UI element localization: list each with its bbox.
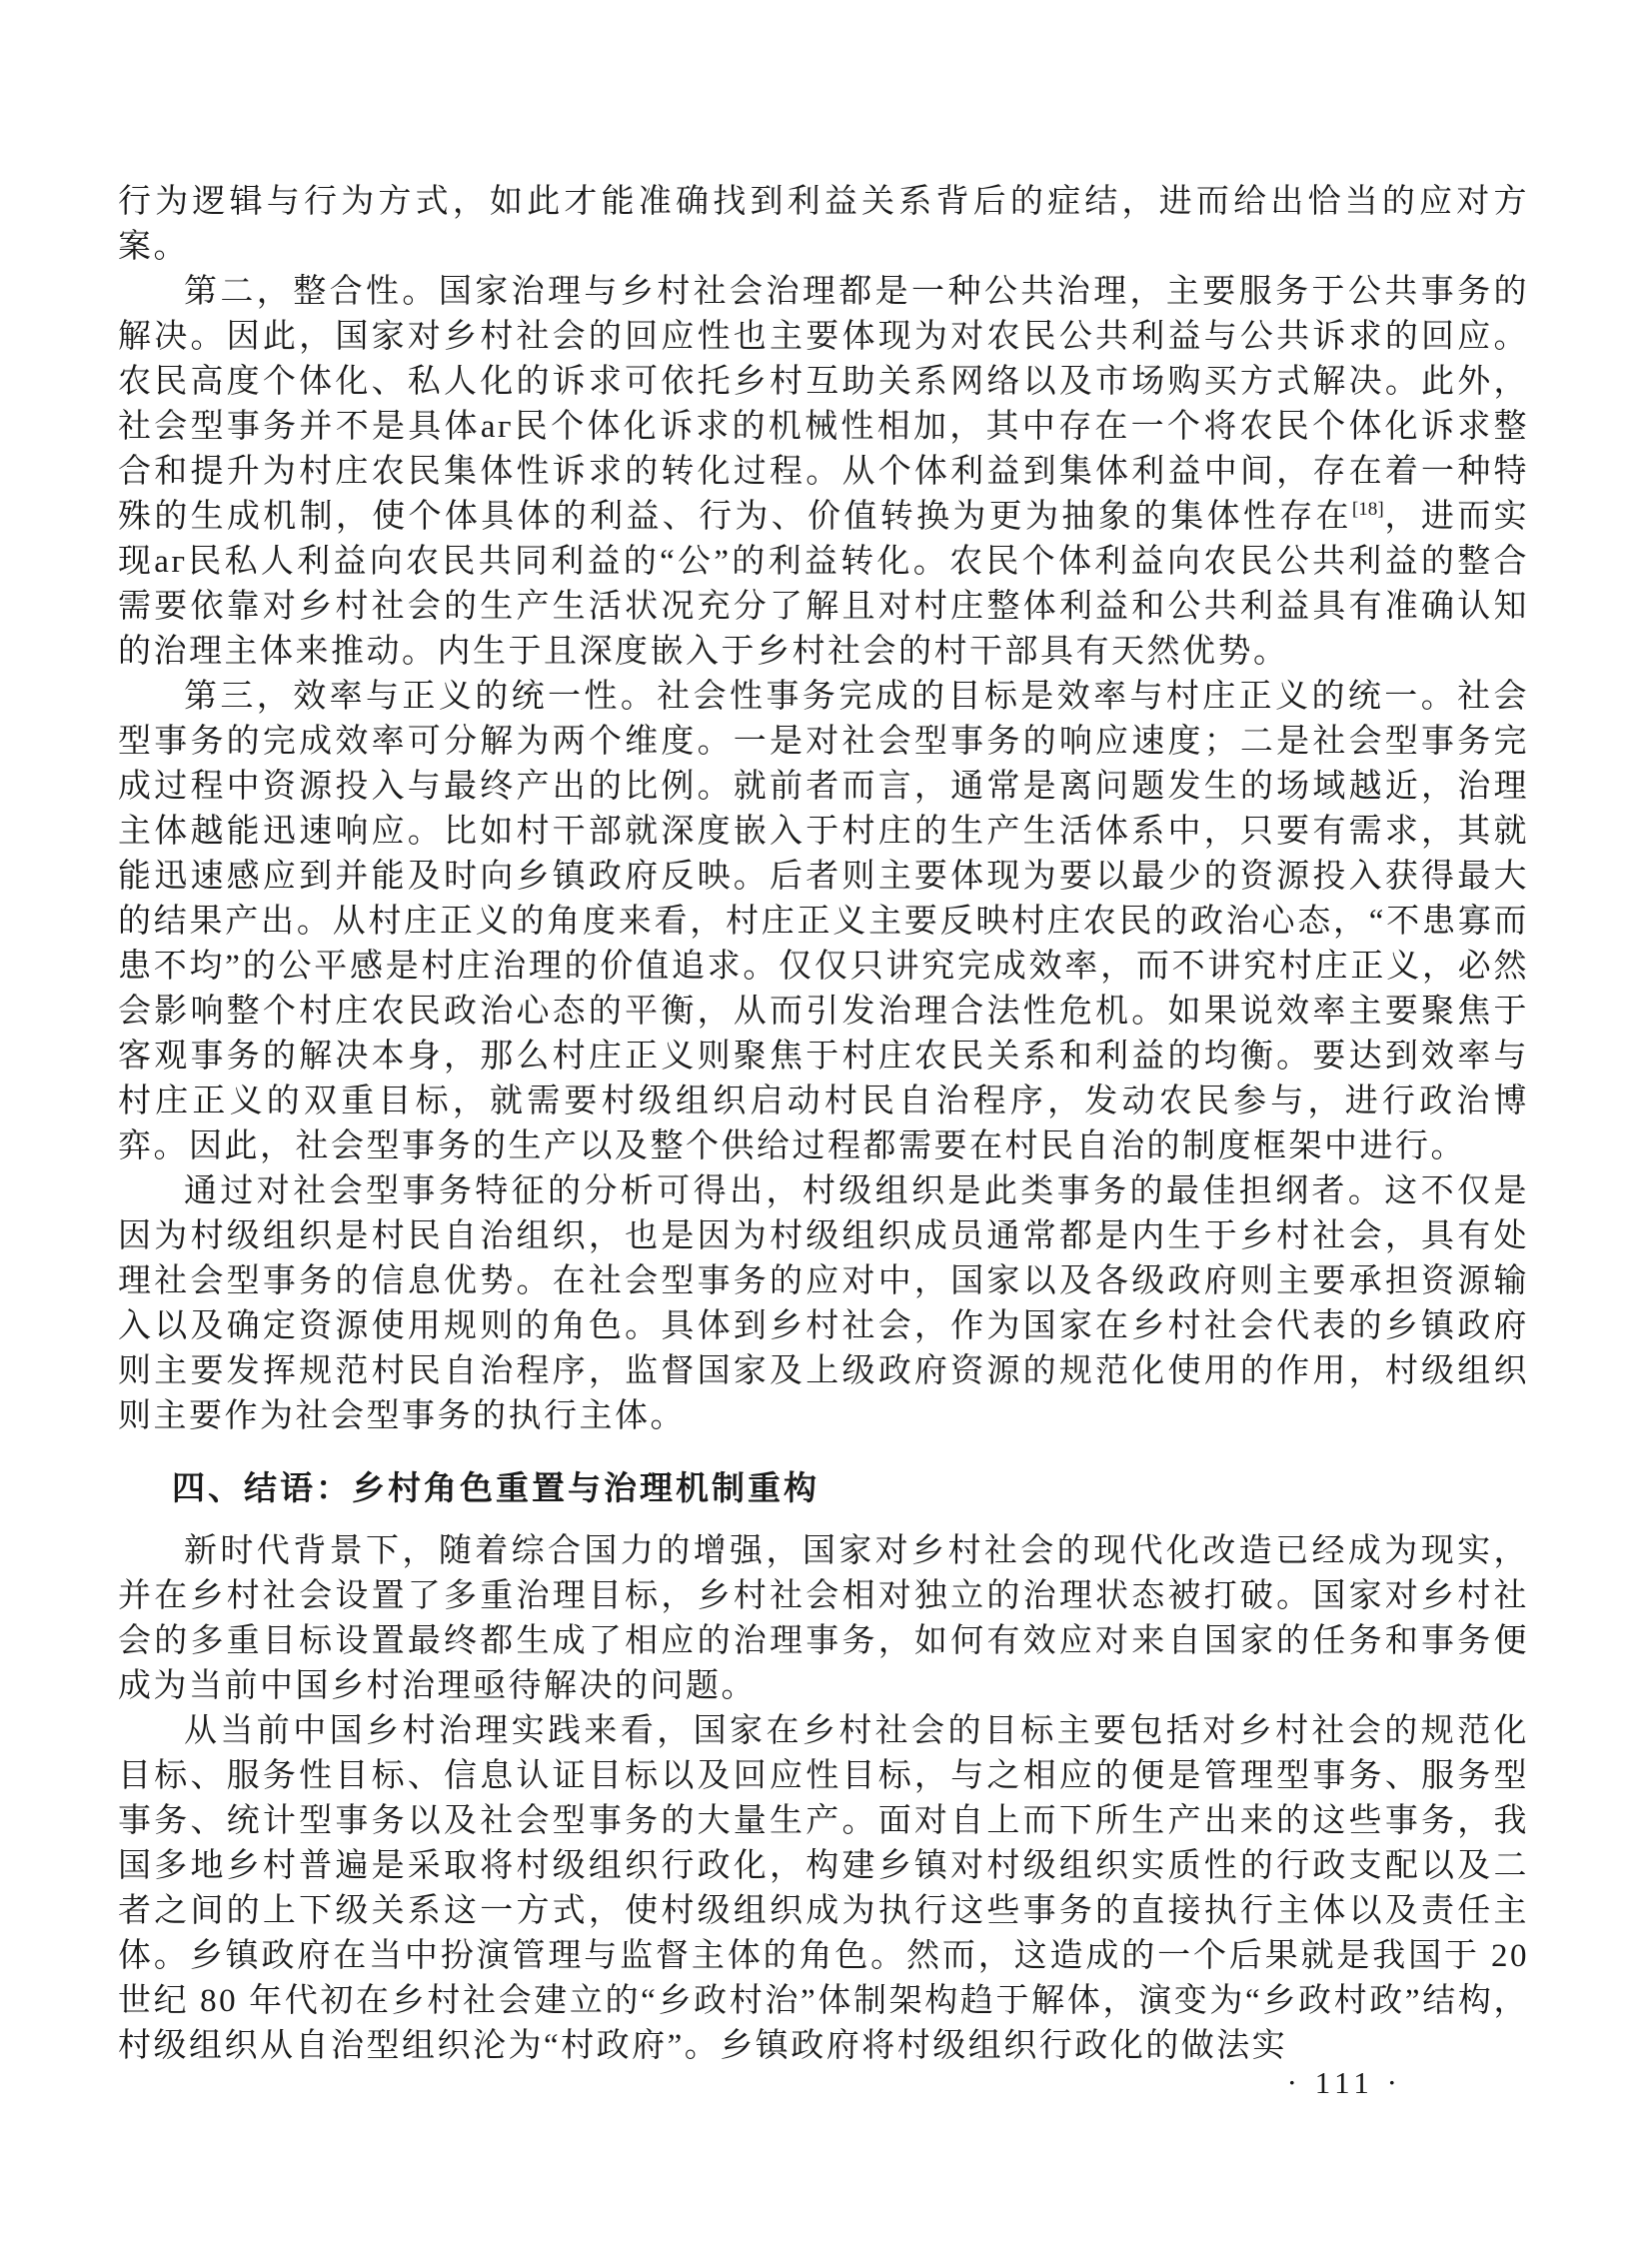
page-number: · 111 ·	[1287, 2065, 1402, 2101]
citation-reference: [18]	[1352, 499, 1384, 520]
paragraph: 通过对社会型事务特征的分析可得出，村级组织是此类事务的最佳担纲者。这不仅是因为村…	[118, 1169, 1529, 1439]
paragraph: 行为逻辑与行为方式，如此才能准确找到利益关系背后的症结，进而给出恰当的应对方案。	[118, 180, 1529, 270]
paragraph: 从当前中国乡村治理实践来看，国家在乡村社会的目标主要包括对乡村社会的规范化目标、…	[118, 1709, 1529, 2069]
document-page: 行为逻辑与行为方式，如此才能准确找到利益关系背后的症结，进而给出恰当的应对方案。…	[0, 0, 1652, 2243]
paragraph: 第二，整合性。国家治理与乡村社会治理都是一种公共治理，主要服务于公共事务的解决。…	[118, 270, 1529, 675]
paragraph: 第三，效率与正义的统一性。社会性事务完成的目标是效率与村庄正义的统一。社会型事务…	[118, 675, 1529, 1169]
paragraph: 新时代背景下，随着综合国力的增强，国家对乡村社会的现代化改造已经成为现实，并在乡…	[118, 1529, 1529, 1709]
text-column: 行为逻辑与行为方式，如此才能准确找到利益关系背后的症结，进而给出恰当的应对方案。…	[118, 180, 1529, 2069]
section-heading: 四、结语：乡村角色重置与治理机制重构	[172, 1465, 1529, 1510]
